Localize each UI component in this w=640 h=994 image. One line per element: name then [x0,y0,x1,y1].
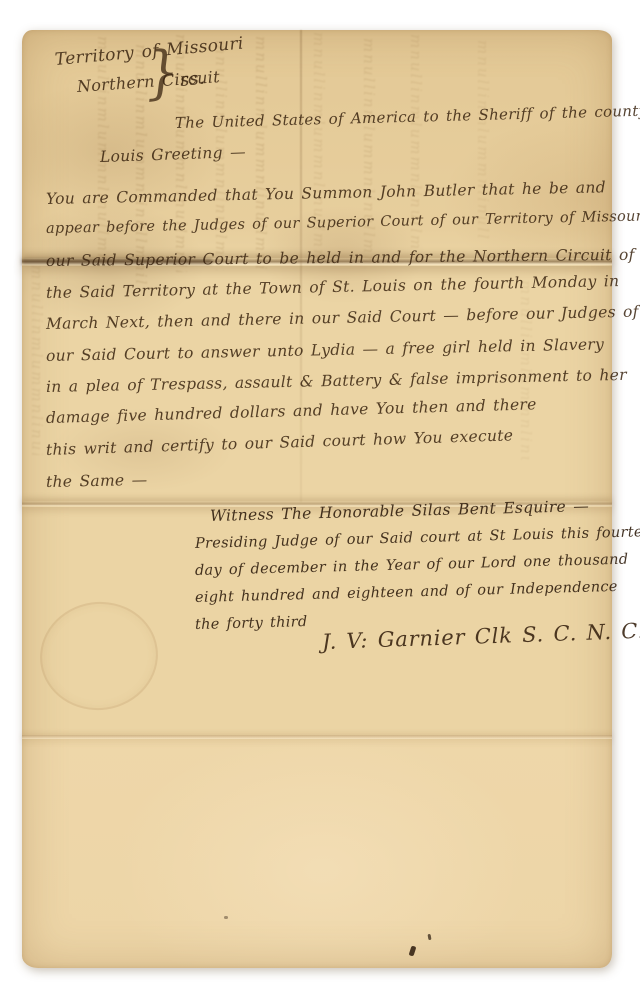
attestation-line: the forty third [195,614,308,633]
writ-body-line: this writ and certify to our Said court … [46,426,514,459]
scilicet-mark: ss. [179,67,206,91]
writ-body-line: our Said Court to answer unto Lydia — a … [46,335,604,365]
writ-body-line: in a plea of Trespass, assault & Battery… [46,366,627,396]
vertical-crease [300,30,302,502]
attestation-line: eight hundred and eighteen and of our In… [195,579,618,606]
writ-body-line: the Same — [46,471,148,491]
bleedthrough-ghost-text: mnullinmlummnlinullmnilmmunlinmllnuimnlm… [28,265,46,455]
embossed-seal [33,594,165,717]
fold-crease-middle [22,501,612,507]
salutation-line: Louis Greeting — [100,143,246,166]
bleedthrough-ghost-text: mnullinmlummnlinullmnilmmunlinmllnuimnlm… [407,34,425,259]
writ-body-line: our Said Superior Court to be held in an… [46,246,635,270]
ink-speck [409,945,417,956]
bleedthrough-ghost-text: mnullinmlummnlinullmnilmmunlinmllnuimnlm… [212,40,230,270]
clerk-signature: J. V: Garnier Clk S. C. N. C. [322,619,640,654]
scanned-document-page: { "colors": { "page_background": "#fffff… [0,0,640,994]
bleedthrough-ghost-text: mnullinmlummnlinullmnilmmunlinmllnuimnlm… [172,34,190,272]
bleedthrough-ghost-text: mnullinmlummnlinullmnilmmunlinmllnuimnlm… [517,280,535,460]
attestation-line: day of december in the Year of our Lord … [195,552,629,579]
writ-body-line: the Said Territory at the Town of St. Lo… [46,272,620,302]
jurisdiction-territory-line: Territory of Missouri [54,34,244,70]
bleedthrough-ghost-text: mnullinmlummnlinullmnilmmunlinmllnuimnlm… [132,44,150,284]
jurisdiction-circuit-line: Northern Circuit [76,67,220,96]
bleedthrough-ghost-text: mnullinmlummnlinullmnilmmunlinmllnuimnlm… [360,38,378,268]
attestation-line: Presiding Judge of our Said court at St … [195,523,640,552]
attestation-line: Witness The Honorable Silas Bent Esquire… [210,497,589,525]
ink-speck [428,934,432,940]
bleedthrough-ghost-text: mnullinmlummnlinullmnilmmunlinmllnuimnlm… [474,40,492,240]
bleedthrough-ghost-text: mnullinmlummnlinullmnilmmunlinmllnuimnlm… [252,36,270,272]
ink-speck [224,916,228,919]
writ-body-line: damage five hundred dollars and have You… [46,395,537,427]
salutation-line: The United States of America to the Sher… [175,100,640,132]
bleedthrough-ghost-text: mnullinmlummnlinullmnilmmunlinmllnuimnlm… [94,36,112,266]
bleedthrough-ghost-text: mnullinmlummnlinullmnilmmunlinmllnuimnlm… [310,32,328,257]
caption-brace: } [144,39,180,107]
writ-body-line: March Next, then and there in our Said C… [46,303,639,333]
fold-crease-lower [22,735,612,739]
writ-body-line: You are Commanded that You Summon John B… [46,178,606,208]
writ-body-line: appear before the Judges of our Superior… [46,208,640,237]
aged-paper-sheet: mnullinmlummnlinullmnilmmunlinmllnuimnlm… [22,30,612,968]
fold-crease-upper [22,258,612,266]
